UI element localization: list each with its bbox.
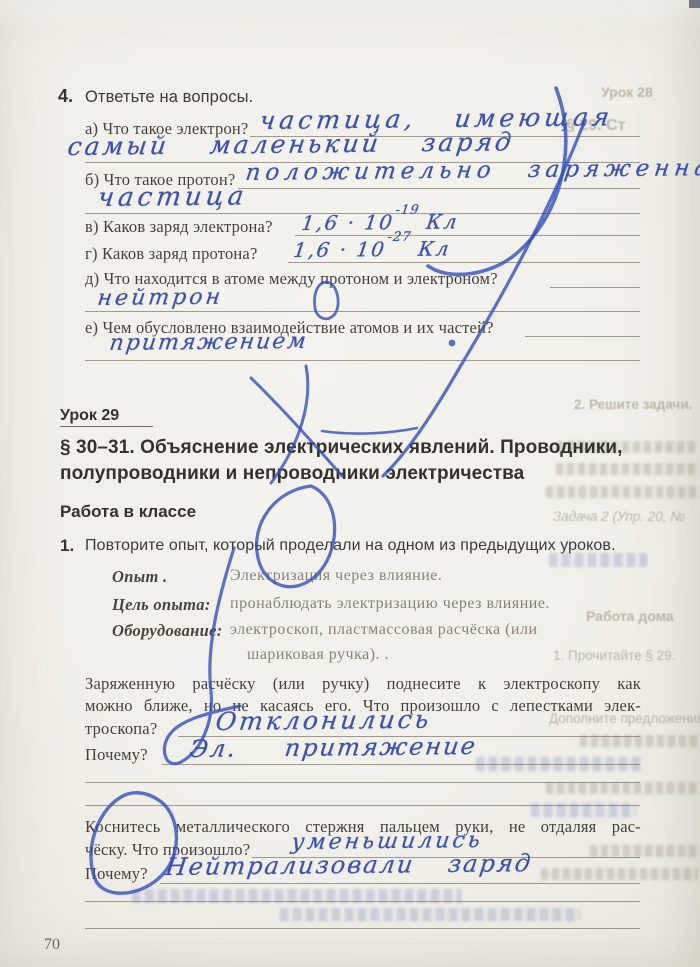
workbook-page-scan: Урок 28 § 29. Ст 2. Решите задачи. Задач… — [0, 0, 700, 967]
pen-stroke — [315, 282, 339, 319]
pen-stroke — [164, 548, 240, 764]
pen-stroke — [91, 793, 176, 893]
pen-stroke — [383, 120, 585, 476]
pen-stroke — [428, 88, 566, 274]
pen-stroke — [257, 486, 335, 587]
pen-scribble-overlay — [0, 0, 700, 967]
pen-stroke — [322, 428, 417, 434]
pen-stroke — [251, 378, 342, 476]
pen-dot — [449, 340, 456, 347]
pen-stroke — [271, 366, 308, 483]
